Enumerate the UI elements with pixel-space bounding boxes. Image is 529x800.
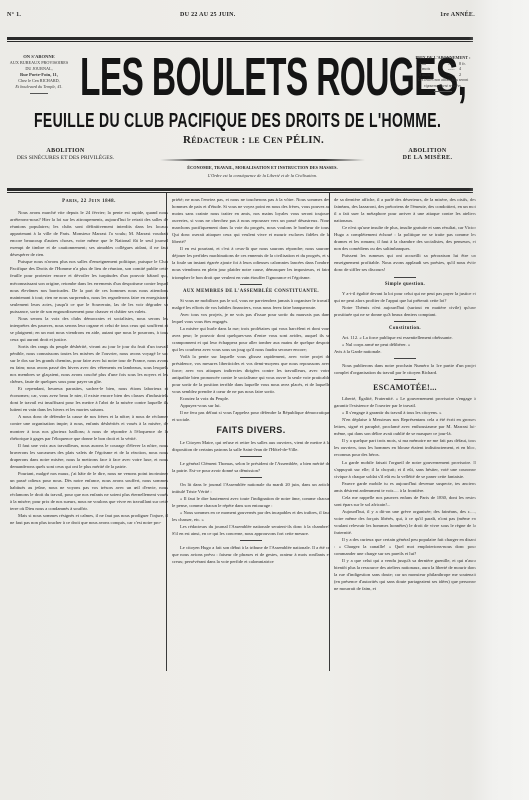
separator (394, 321, 416, 322)
separator (30, 93, 48, 94)
top-rule-thin (7, 41, 473, 42)
paragraph: A nous donc de défendre la cause de nos … (10, 413, 168, 441)
paragraph: On lit dans le journal l'Assemblée natio… (172, 481, 330, 495)
paragraph: Nous avons marché vite depuis le 24 févr… (10, 209, 168, 258)
paragraph: N'en déplaise à Messieurs nos Représenta… (334, 416, 476, 437)
issue-number: N° 1. (7, 12, 21, 18)
price-note: Les lettres non affranchies seront (410, 78, 476, 84)
paragraph: Art. 112. « La force publique est essent… (334, 334, 476, 341)
subscribe-address-2: Et boulevard du Temple, 41. (6, 84, 72, 90)
abolition-left-subtitle: DES SINÉCURES ET DES PRIVILÉGES. (8, 155, 123, 162)
masthead-subtitle: FEUILLE DU CLUB PACIFIQUE DES DROITS DE … (34, 110, 342, 133)
paragraph: Puissent les rumeurs qui ont accueilli s… (334, 252, 476, 273)
separator (394, 358, 416, 359)
masthead-title: LES BOULETS ROUGES, (80, 50, 277, 104)
motto-line-2: L'Ordre est la conséquence de la Liberté… (165, 172, 360, 180)
paragraph: Si vous ne mobilisez pas le sol, vous ne… (172, 297, 330, 311)
heading-faits-divers: FAITS DIVERS. (172, 427, 330, 434)
masthead-bottom-rule (7, 188, 473, 191)
paragraph: Liberté, Égalité, Fraternité. « Le gouve… (334, 395, 476, 409)
column-3: de sa dernière affiche, il a parlé des d… (334, 196, 476, 671)
heading-assembly: AUX MEMBRES DE L'ASSEMBLÉE CONSTITUANTE. (172, 288, 330, 295)
paragraph: Appuyez-vous sur lui. (172, 402, 330, 409)
paragraph: Y a-t-il égalité devant la loi pour celu… (334, 290, 476, 304)
paragraph: Sortis des rangs du peuple déshérité, vi… (10, 343, 168, 385)
motto: ÉCONOMIE, TRAVAIL, MORALISATION ET INSTR… (165, 164, 360, 180)
ornament-rule (160, 159, 365, 161)
separator (240, 477, 262, 478)
price-row: 3 mois .......... 2 (410, 72, 476, 78)
separator (434, 91, 452, 92)
paragraph: Ecoutez la voix du Peuple. (172, 395, 330, 402)
top-line: N° 1. DU 22 AU 25 JUIN. 1re ANNÉE. (7, 10, 475, 24)
paragraph: « Nous sommes en ce moment gouvernés par… (172, 509, 330, 523)
abolition-right: ABOLITION DE LA MISÈRE. (380, 148, 475, 162)
paragraph: La garde mobile faisait l'orgueil de not… (334, 459, 476, 480)
paragraph: Cela me rappelle nos pauvres enfans de P… (334, 494, 476, 508)
paragraph: Nous publierons dans notre prochain Numé… (334, 362, 476, 376)
paragraph: Et cependant, heureux parasites, sachez-… (10, 385, 168, 413)
paragraph: Il y a quelque part trois mois, si ma mé… (334, 437, 476, 458)
paragraph: Avec tous vos projets, je ne vois pas d'… (172, 311, 330, 325)
paragraph: Il en est pourtant, et c'est à ceux-là q… (172, 245, 330, 280)
column-2: priété; ne nous l'enviez pas, et nous ne… (172, 196, 330, 671)
paragraph: Les rédacteurs du journal l'Assemblée na… (172, 523, 330, 537)
motto-line-1: ÉCONOMIE, TRAVAIL, MORALISATION ET INSTR… (165, 164, 360, 172)
separator (394, 379, 416, 380)
price-box: PRIX DE L'ABONNEMENT : 1 an .......... 8… (410, 55, 476, 92)
issue-date: DU 22 AU 25 JUIN. (180, 12, 236, 18)
price-dots: .......... (444, 72, 458, 78)
paragraph: Pourtant, malgré nos maux, j'ai hâte de … (10, 470, 168, 512)
separator (240, 456, 262, 457)
newspaper-page: N° 1. DU 22 AU 25 JUIN. 1re ANNÉE. ON S'… (0, 0, 529, 800)
paragraph: Il y a des curieux que certain général p… (334, 536, 476, 557)
paragraph: Ce n'est qu'une insulte de plus, insulte… (334, 224, 476, 252)
paragraph: « Nul corps armé ne peut délibérer. » (334, 341, 476, 348)
abolition-left-title: ABOLITION (8, 148, 123, 155)
paragraph: Il ne fera pas défaut si vous l'appelez … (172, 409, 330, 423)
paragraph: Il faut une voix aux travailleurs, nous … (10, 442, 168, 470)
paragraph: Le Citoyen Maire, qui refuse et retire l… (172, 439, 330, 453)
abolition-right-subtitle: DE LA MISÈRE. (380, 155, 475, 162)
paragraph: Il y a que celui qui a vendu jusqu'à sa … (334, 557, 476, 592)
paragraph: Avis à la Garde nationale. (334, 348, 476, 355)
paragraph: « Il s'engage à garantir du travail à to… (334, 409, 476, 416)
heading-constitution: Constitution. (334, 325, 476, 332)
paragraph: Voilà la pente sur laquelle vous glissez… (172, 353, 330, 395)
paragraph: Le général Clément Thomas, selon le prés… (172, 460, 330, 474)
abolition-right-title: ABOLITION (380, 148, 475, 155)
paragraph: Aujourd'hui, il y a dit-on une grève org… (334, 508, 476, 536)
paragraph: priété; ne nous l'enviez pas, et nous ne… (172, 196, 330, 245)
paragraph: Mais si nous sommes résignés et calmes, … (10, 512, 168, 526)
price-note: rigoureusement refusées. (410, 84, 476, 90)
separator (240, 540, 262, 541)
separator (240, 284, 262, 285)
paragraph: « Il faut le dire hautement avec toute l… (172, 495, 330, 509)
price-label: 3 mois (419, 72, 443, 78)
paragraph: Nous serons la voix des clubs démocrates… (10, 315, 168, 343)
subscription-box: ON S'ABONNE AUX BUREAUX PROVISOIRES DU J… (6, 54, 72, 94)
paragraph: de sa dernière affiche, il a parlé des d… (334, 196, 476, 224)
paragraph: Notre Thémis n'est aujourd'hui (surtout … (334, 304, 476, 318)
paragraph: Puisque nous n'avons plus nos salles d'e… (10, 258, 168, 314)
paragraph: Le citoyen Hugo a fait son début à la tr… (172, 544, 330, 565)
abolition-left: ABOLITION DES SINÉCURES ET DES PRIVILÉGE… (8, 148, 123, 162)
paragraph: Pauvre garde mobile tu es aujourd'hui de… (334, 480, 476, 494)
heading-simple-question: Simple question. (334, 281, 476, 288)
price-value: 2 (459, 72, 467, 78)
masthead-bottom-rule-thin (7, 192, 473, 193)
editor-line: Rédacteur : le Cen PÉLIN. (183, 134, 324, 146)
heading-escamotee: ESCAMOTÉE!... (334, 384, 476, 391)
dateline: Paris, 22 Juin 1848. (10, 198, 168, 205)
separator (394, 277, 416, 278)
paragraph: La misère qui hurle dans la rue; trois p… (172, 325, 330, 353)
top-rule (7, 37, 473, 40)
column-1: Paris, 22 Juin 1848. Nous avons marché v… (10, 196, 168, 671)
page-edge (469, 0, 529, 800)
